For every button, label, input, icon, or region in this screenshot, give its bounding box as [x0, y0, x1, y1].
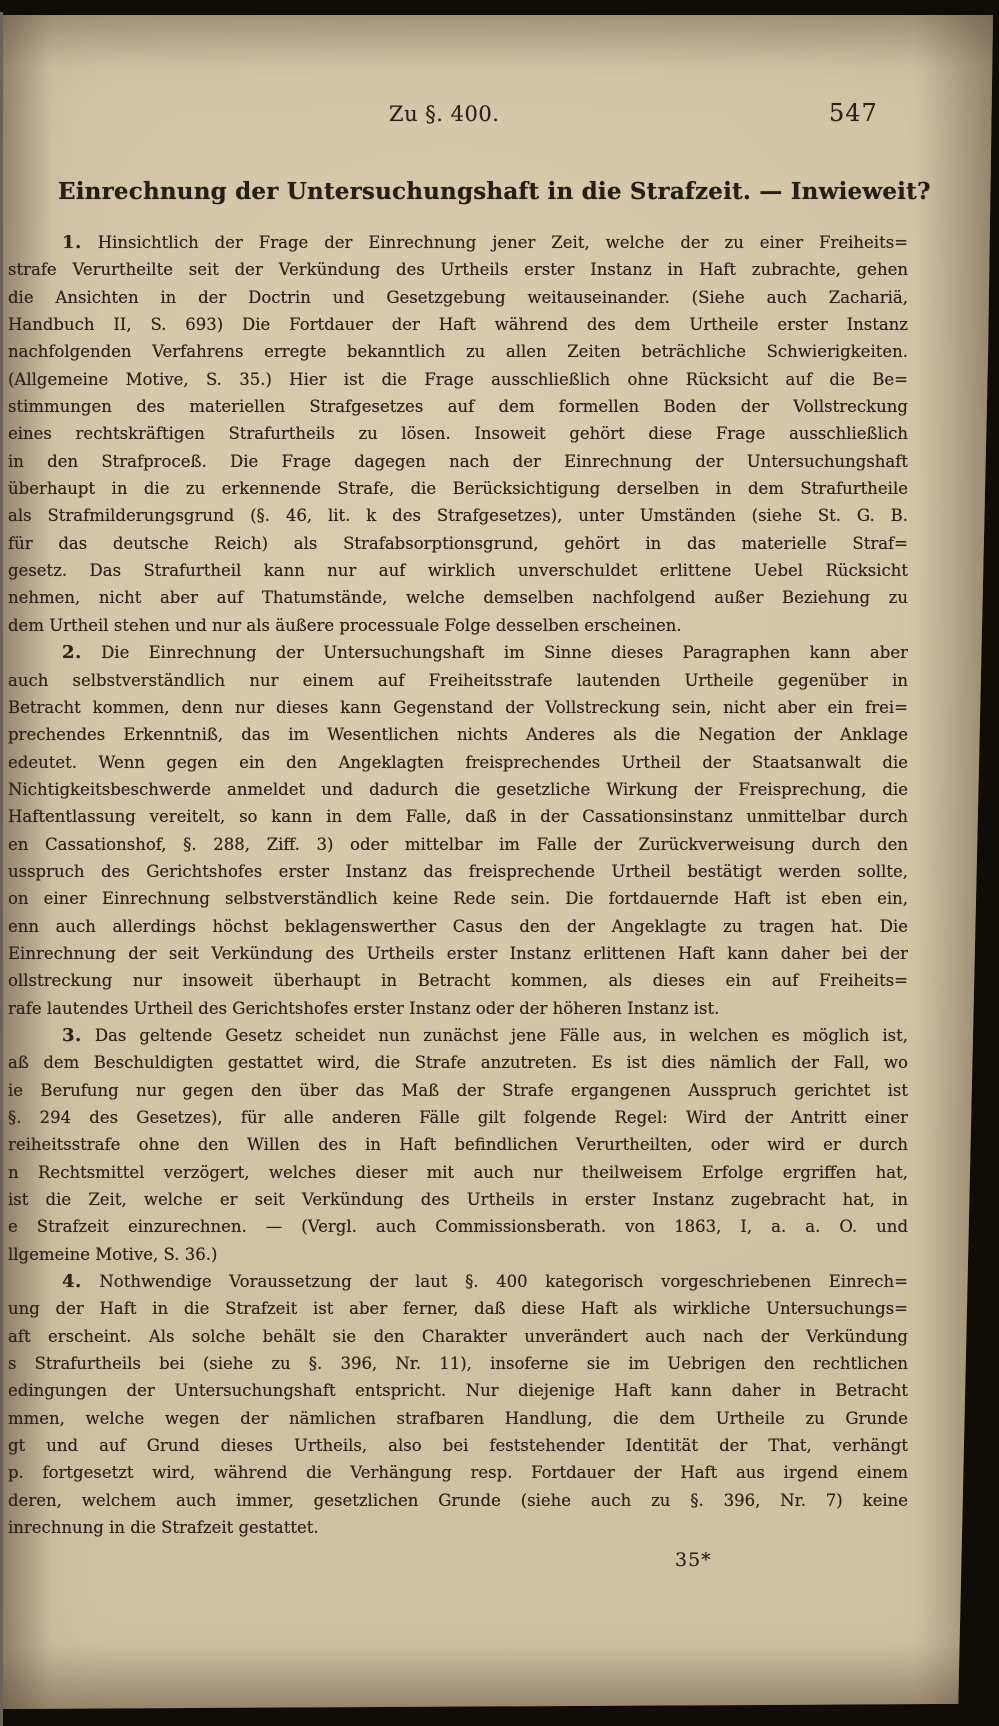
- text-line: e Strafzeit einzurechnen. — (Vergl. auch…: [8, 1213, 908, 1240]
- paragraph-number: 3.: [62, 1025, 82, 1046]
- text-line: als Strafmilderungsgrund (§. 46, lit. k …: [8, 502, 908, 529]
- text-line: Betracht kommen, denn nur dieses kann Ge…: [8, 694, 908, 721]
- text-line: 4. Nothwendige Voraussetzung der laut §.…: [8, 1268, 908, 1295]
- text-line: Einrechnung der seit Verkündung des Urth…: [8, 940, 908, 967]
- page-number: 547: [829, 99, 878, 127]
- text-line: für das deutsche Reich) als Strafabsorpt…: [8, 530, 908, 557]
- text-line: eines rechtskräftigen Strafurtheils zu l…: [8, 420, 908, 447]
- text-line: mmen, welche wegen der nämlichen strafba…: [8, 1405, 908, 1432]
- text-line: dem Urtheil stehen und nur als äußere pr…: [8, 612, 908, 639]
- text-line: 2. Die Einrechnung der Untersuchungshaft…: [8, 639, 908, 666]
- paragraph-number: 4.: [62, 1271, 82, 1292]
- text-line: Handbuch II, S. 693) Die Fortdauer der H…: [8, 311, 908, 338]
- text-line: aß dem Beschuldigten gestattet wird, die…: [8, 1049, 908, 1076]
- text-line: in den Strafproceß. Die Frage dagegen na…: [8, 448, 908, 475]
- text-line: 3. Das geltende Gesetz scheidet nun zunä…: [8, 1022, 908, 1049]
- text-line: ie Berufung nur gegen den über das Maß d…: [8, 1077, 908, 1104]
- text-line: on einer Einrechnung selbstverständlich …: [8, 885, 908, 912]
- page-title: Einrechnung der Untersuchungshaft in die…: [58, 178, 931, 205]
- text-line: reiheitsstrafe ohne den Willen des in Ha…: [8, 1131, 908, 1158]
- text-line: ist die Zeit, welche er seit Verkündung …: [8, 1186, 908, 1213]
- scanned-book-page: Zu §. 400. 547 Einrechnung der Untersuch…: [0, 0, 999, 1726]
- text-line: s Strafurtheils bei (siehe zu §. 396, Nr…: [8, 1350, 908, 1377]
- text-line: überhaupt in die zu erkennende Strafe, d…: [8, 475, 908, 502]
- text-line: aft erscheint. Als solche behält sie den…: [8, 1323, 908, 1350]
- scan-edge-left: [0, 12, 3, 1726]
- running-head-section: Zu §. 400.: [389, 102, 499, 126]
- text-line: strafe Verurtheilte seit der Verkündung …: [8, 256, 908, 283]
- text-line: en Cassationshof, §. 288, Ziff. 3) oder …: [8, 831, 908, 858]
- text-line: Haftentlassung vereitelt, so kann in dem…: [8, 803, 908, 830]
- text-line: enn auch allerdings höchst beklagenswert…: [8, 913, 908, 940]
- body-text: 1. Hinsichtlich der Frage der Einrechnun…: [8, 229, 908, 1542]
- text-line: auch selbstverständlich nur einem auf Fr…: [8, 667, 908, 694]
- text-line: inrechnung in die Strafzeit gestattet.: [8, 1514, 908, 1541]
- text-line: deren, welchem auch immer, gesetzlichen …: [8, 1487, 908, 1514]
- text-line: nachfolgenden Verfahrens erregte bekannt…: [8, 338, 908, 365]
- text-line: n Rechtsmittel verzögert, welches dieser…: [8, 1159, 908, 1186]
- text-line: gt und auf Grund dieses Urtheils, also b…: [8, 1432, 908, 1459]
- text-line: stimmungen des materiellen Strafgesetzes…: [8, 393, 908, 420]
- signature-mark: 35*: [675, 1549, 712, 1571]
- text-line: rafe lautendes Urtheil des Gerichtshofes…: [8, 995, 908, 1022]
- text-line: Nichtigkeitsbeschwerde anmeldet und dadu…: [8, 776, 908, 803]
- text-line: p. fortgesetzt wird, während die Verhäng…: [8, 1459, 908, 1486]
- text-line: ollstreckung nur insoweit überhaupt in B…: [8, 967, 908, 994]
- text-line: llgemeine Motive, S. 36.): [8, 1241, 908, 1268]
- text-line: 1. Hinsichtlich der Frage der Einrechnun…: [8, 229, 908, 256]
- text-line: (Allgemeine Motive, S. 35.) Hier ist die…: [8, 366, 908, 393]
- book-page-paper: Zu §. 400. 547 Einrechnung der Untersuch…: [3, 15, 996, 1709]
- text-line: edingungen der Untersuchungshaft entspri…: [8, 1377, 908, 1404]
- paragraph-number: 1.: [62, 232, 82, 253]
- text-line: ung der Haft in die Strafzeit ist aber f…: [8, 1295, 908, 1322]
- paragraph-number: 2.: [62, 642, 82, 663]
- text-line: nehmen, nicht aber auf Thatumstände, wel…: [8, 584, 908, 611]
- text-line: gesetz. Das Strafurtheil kann nur auf wi…: [8, 557, 908, 584]
- text-line: §. 294 des Gesetzes), für alle anderen F…: [8, 1104, 908, 1131]
- text-line: usspruch des Gerichtshofes erster Instan…: [8, 858, 908, 885]
- text-line: prechendes Erkenntniß, das im Wesentlich…: [8, 721, 908, 748]
- text-line: die Ansichten in der Doctrin und Gesetzg…: [8, 284, 908, 311]
- text-line: edeutet. Wenn gegen ein den Angeklagten …: [8, 749, 908, 776]
